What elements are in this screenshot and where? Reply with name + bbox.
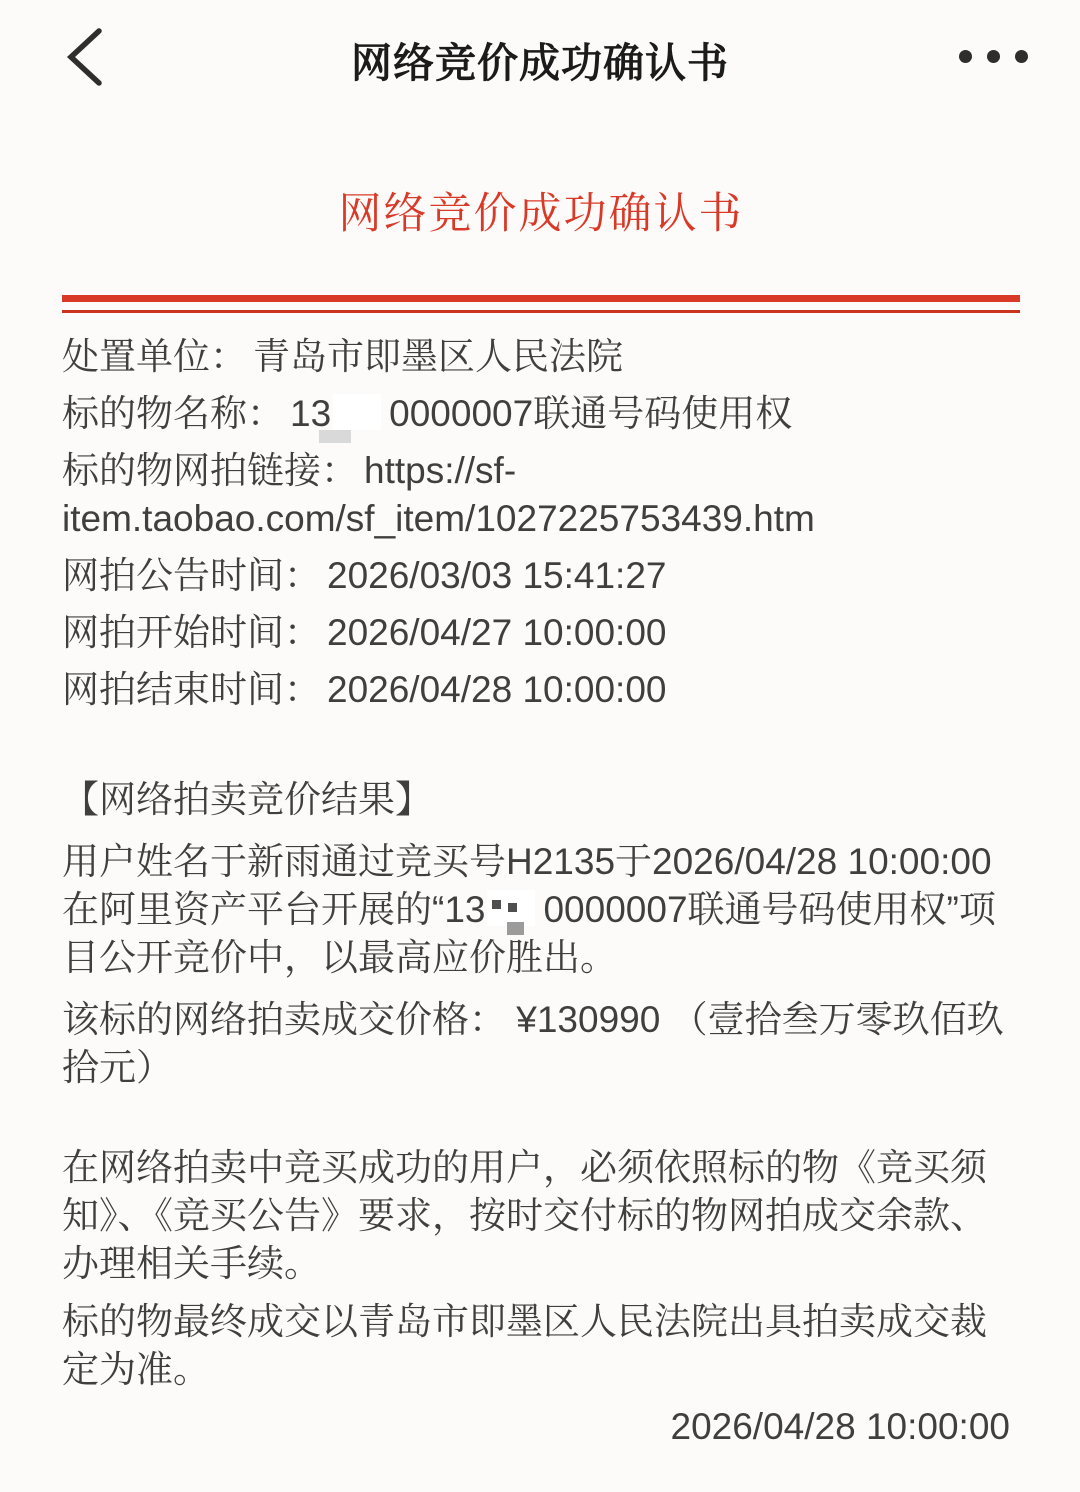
field-label: 网拍公告时间： [62, 555, 321, 596]
note-payment-obligation: 在网络拍卖中竞买成功的用户，必须依照标的物《竞买须知》、《竞买公告》要求，按时交… [62, 1144, 1020, 1288]
ellipsis-icon [1015, 50, 1028, 63]
field-disposal-unit: 处置单位：青岛市即墨区人民法院 [62, 333, 1020, 381]
double-red-rule [62, 295, 1020, 313]
notes-section: 在网络拍卖中竞买成功的用户，必须依照标的物《竞买须知》、《竞买公告》要求，按时交… [62, 1144, 1020, 1394]
fields-block: 处置单位：青岛市即墨区人民法院 标的物名称：130000007联通号码使用权 标… [62, 333, 1020, 714]
field-label: 标的物名称： [62, 393, 284, 434]
field-subject-link: 标的物网拍链接：https://sf-item.taobao.com/sf_it… [62, 447, 1020, 543]
field-value: 青岛市即墨区人民法院 [253, 336, 623, 377]
ellipsis-icon [987, 50, 1000, 63]
document-title: 网络竞价成功确认书 [62, 180, 1020, 241]
field-value: 2026/04/28 10:00:00 [327, 669, 667, 710]
censored-mask [333, 394, 381, 430]
navbar: 网络竞价成功确认书 [0, 0, 1080, 110]
document-timestamp: 2026/04/28 10:00:00 [62, 1403, 1020, 1451]
field-announce-time: 网拍公告时间：2026/03/03 15:41:27 [62, 552, 1020, 600]
field-value-prefix: 13 [290, 393, 331, 434]
field-value-suffix: 0000007联通号码使用权 [389, 393, 792, 434]
field-label: 标的物网拍链接： [62, 450, 358, 491]
field-end-time: 网拍结束时间：2026/04/28 10:00:00 [62, 666, 1020, 714]
field-start-time: 网拍开始时间：2026/04/27 10:00:00 [62, 609, 1020, 657]
field-label: 网拍结束时间： [62, 669, 321, 710]
more-menu-button[interactable] [948, 28, 1038, 84]
result-winner-paragraph: 用户姓名于新雨通过竞买号H2135于2026/04/28 10:00:00在阿里… [62, 838, 1020, 982]
ellipsis-icon [959, 50, 972, 63]
field-label: 网拍开始时间： [62, 612, 321, 653]
nav-title: 网络竞价成功确认书 [0, 30, 1080, 89]
result-heading: 【网络拍卖竞价结果】 [62, 776, 1020, 824]
field-subject-name: 标的物名称：130000007联通号码使用权 [62, 390, 1020, 438]
field-value: 2026/03/03 15:41:27 [327, 555, 667, 596]
auction-result-section: 【网络拍卖竞价结果】 用户姓名于新雨通过竞买号H2135于2026/04/28 … [62, 776, 1020, 1092]
field-label: 处置单位： [62, 336, 247, 377]
page: 网络竞价成功确认书 网络竞价成功确认书 处置单位：青岛市即墨区人民法院 标的物名… [0, 0, 1080, 1492]
field-value: 2026/04/27 10:00:00 [327, 612, 667, 653]
document-body: 网络竞价成功确认书 处置单位：青岛市即墨区人民法院 标的物名称：13000000… [0, 180, 1080, 1491]
censored-mask [487, 890, 535, 926]
note-final-ruling: 标的物最终成交以青岛市即墨区人民法院出具拍卖成交裁定为准。 [62, 1298, 1020, 1394]
result-price-paragraph: 该标的网络拍卖成交价格： ¥130990 （壹拾叁万零玖佰玖拾元） [62, 996, 1020, 1092]
